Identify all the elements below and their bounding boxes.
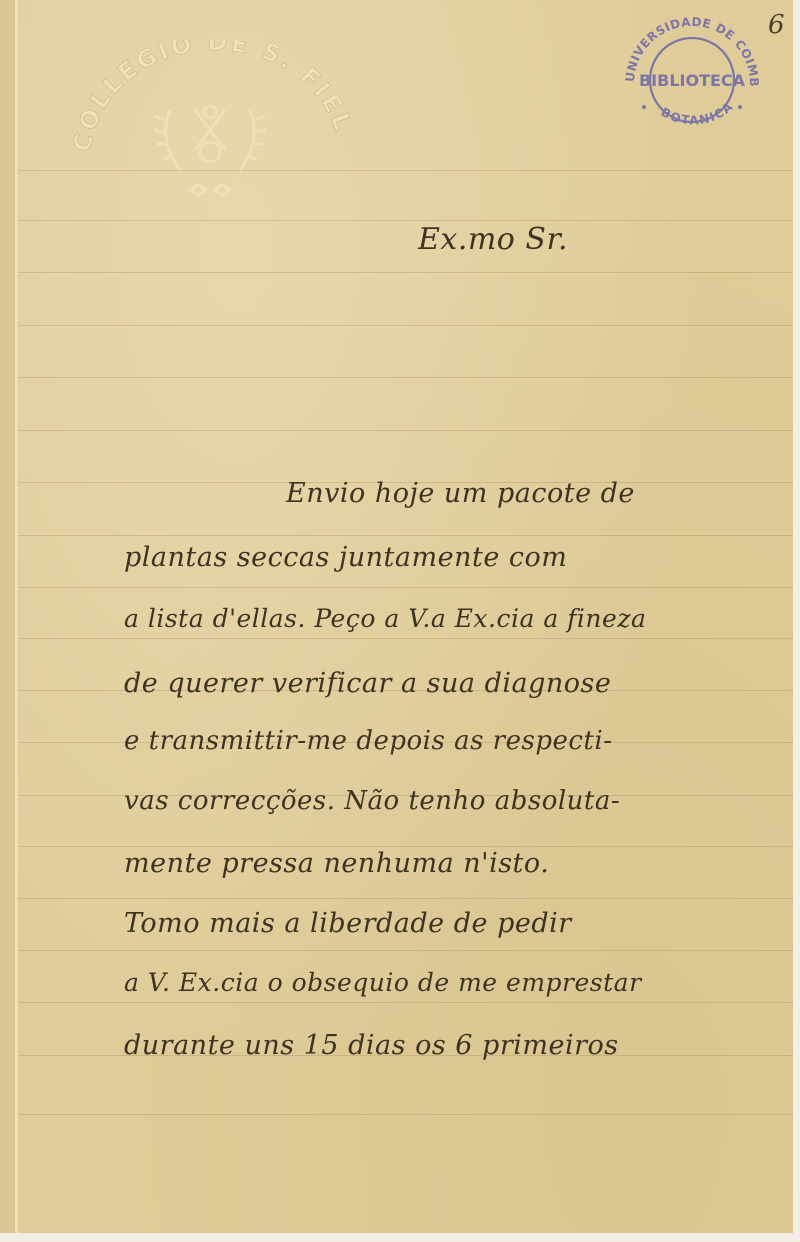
ruled-line xyxy=(18,638,793,639)
stamp-center-text: BIBLIOTECA xyxy=(639,71,746,90)
ruled-line xyxy=(18,377,793,378)
ruled-line xyxy=(18,898,793,899)
ruled-line xyxy=(18,1002,793,1003)
ruled-line xyxy=(18,220,793,221)
letter-line: e transmittir-me depois as respecti- xyxy=(124,726,612,756)
ruled-line xyxy=(18,1114,793,1115)
ruled-line xyxy=(18,846,793,847)
embossed-letterhead: COLLEGIO DE S. FIEL xyxy=(70,40,350,220)
letter-line: durante uns 15 dias os 6 primeiros xyxy=(124,1030,619,1061)
letter-line: Envio hoje um pacote de xyxy=(286,478,635,509)
ruled-line xyxy=(18,430,793,431)
letter-line: vas correcções. Não tenho absoluta- xyxy=(124,786,620,816)
page-fold-line xyxy=(14,0,18,1233)
ruled-line xyxy=(18,535,793,536)
ruled-line xyxy=(18,272,793,273)
svg-text:BOTANICA: BOTANICA xyxy=(659,99,737,128)
letter-page: COLLEGIO DE S. FIEL UNIVER xyxy=(0,0,793,1233)
ruled-line xyxy=(18,587,793,588)
svg-text:COLLEGIO DE S. FIEL: COLLEGIO DE S. FIEL xyxy=(70,40,350,154)
salutation: Ex.mo Sr. xyxy=(418,222,568,257)
ruled-line xyxy=(18,325,793,326)
letter-line: a lista d'ellas. Peço a V.a Ex.cia a fin… xyxy=(124,604,646,633)
letter-line: mente pressa nenhuma n'isto. xyxy=(124,848,549,879)
wreath-with-cross-emblem xyxy=(154,106,266,195)
embossed-text: COLLEGIO DE S. FIEL xyxy=(70,40,350,154)
ruled-line xyxy=(18,950,793,951)
letter-line: Tomo mais a liberdade de pedir xyxy=(124,908,572,939)
letter-line: a V. Ex.cia o obsequio de me emprestar xyxy=(124,968,642,997)
folio-number: 6 xyxy=(768,10,785,40)
stamp-botanica-text: BOTANICA xyxy=(659,99,737,128)
library-stamp: UNIVERSIDADE DE COIMBRA BIBLIOTECA BOTAN… xyxy=(622,12,762,142)
letter-line: de querer verificar a sua diagnose xyxy=(124,668,611,699)
letter-line: plantas seccas juntamente com xyxy=(124,542,567,573)
page-edge-strip xyxy=(0,0,14,1233)
